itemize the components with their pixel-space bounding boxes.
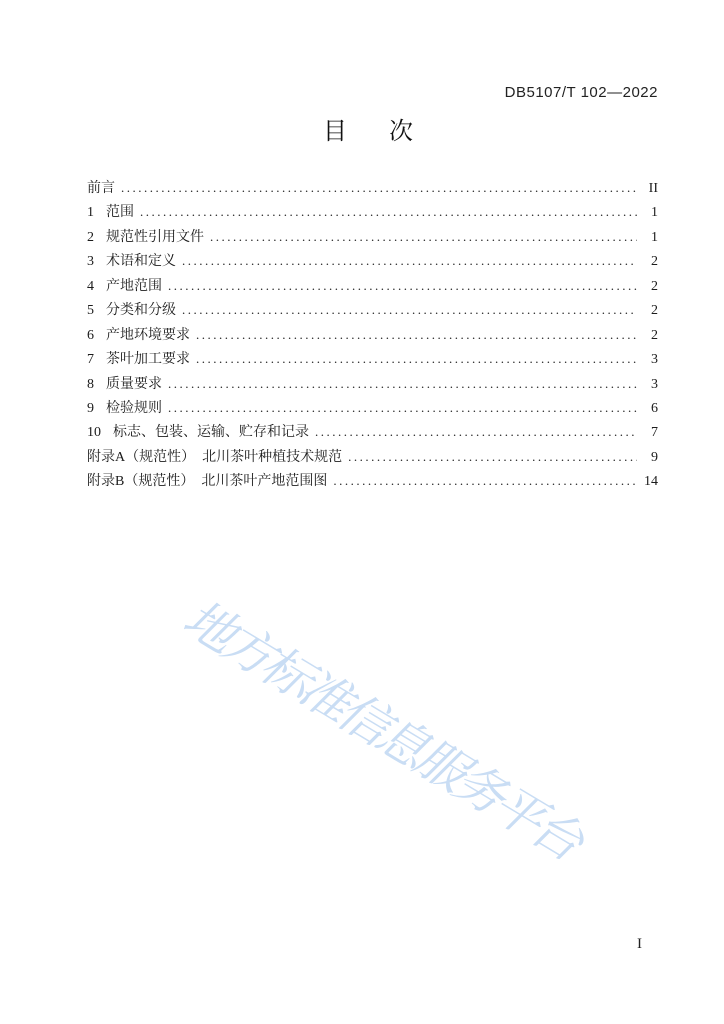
toc-entry-page: 9 (642, 446, 658, 470)
toc-entry-label: 附录A（规范性） 北川茶叶种植技术规范 (87, 446, 342, 470)
toc-entry-number: 5 (87, 299, 94, 323)
standard-code: DB5107/T 102—2022 (505, 84, 658, 101)
toc-entry-label: 检验规则 (106, 397, 162, 421)
toc-entry: 5 分类和分级 2 (87, 298, 658, 322)
toc-leader-dots (168, 372, 637, 396)
toc-leader-dots (333, 469, 637, 493)
toc-entry-page: 2 (642, 275, 658, 299)
toc-entry-label: 附录B（规范性） 北川茶叶产地范围图 (87, 470, 327, 494)
toc-entry-page: 14 (642, 470, 658, 494)
toc-leader-dots (140, 200, 637, 224)
toc-leader-dots (182, 298, 637, 322)
toc-entry-label: 分类和分级 (106, 299, 176, 323)
toc-leader-dots (196, 323, 637, 347)
toc-entry-label: 前言 (87, 177, 115, 201)
toc-entry-label: 规范性引用文件 (106, 226, 204, 250)
toc-entry: 附录A（规范性） 北川茶叶种植技术规范 9 (87, 445, 658, 469)
toc-entry-number: 2 (87, 226, 94, 250)
toc-entry-page: 1 (642, 201, 658, 225)
toc-entry-number: 8 (87, 373, 94, 397)
toc-entry: 9 检验规则 6 (87, 396, 658, 420)
toc-entry: 10 标志、包装、运输、贮存和记录 7 (87, 420, 658, 444)
toc-leader-dots (348, 445, 637, 469)
toc-leader-dots (196, 347, 637, 371)
toc-entry-number: 9 (87, 397, 94, 421)
toc-entry-label: 茶叶加工要求 (106, 348, 190, 372)
toc-entry-number: 6 (87, 324, 94, 348)
toc-leader-dots (121, 176, 637, 200)
toc-entry-page: 2 (642, 250, 658, 274)
toc-entry-page: II (642, 177, 658, 201)
toc-entry-number: 10 (87, 421, 101, 445)
toc-entry: 7 茶叶加工要求 3 (87, 347, 658, 371)
toc-entry-label: 产地范围 (106, 275, 162, 299)
toc-entry-page: 1 (642, 226, 658, 250)
toc-entry-page: 7 (642, 421, 658, 445)
document-page: DB5107/T 102—2022 目 次 前言 II 1 范围 1 2 规范性… (0, 0, 724, 1024)
footer-page-number: I (637, 936, 642, 953)
toc-entry: 6 产地环境要求 2 (87, 323, 658, 347)
toc-entry: 1 范围 1 (87, 200, 658, 224)
toc-leader-dots (168, 274, 637, 298)
toc-entry-label: 产地环境要求 (106, 324, 190, 348)
toc-entry-label: 范围 (106, 201, 134, 225)
toc-entry-label: 术语和定义 (106, 250, 176, 274)
page-title: 目 次 (87, 111, 658, 146)
toc-entry: 附录B（规范性） 北川茶叶产地范围图 14 (87, 469, 658, 493)
toc-entry-page: 6 (642, 397, 658, 421)
toc-entry-page: 3 (642, 348, 658, 372)
toc-entry: 2 规范性引用文件 1 (87, 225, 658, 249)
toc-entry: 前言 II (87, 176, 658, 200)
toc-entry: 3 术语和定义 2 (87, 249, 658, 273)
toc-entry: 4 产地范围 2 (87, 274, 658, 298)
toc-entry-page: 2 (642, 324, 658, 348)
toc-entry-label: 质量要求 (106, 373, 162, 397)
toc-entry-label: 标志、包装、运输、贮存和记录 (113, 421, 309, 445)
toc-leader-dots (210, 225, 637, 249)
toc-entry-page: 2 (642, 299, 658, 323)
toc-list: 前言 II 1 范围 1 2 规范性引用文件 1 3 术语和定义 2 4 产地范… (87, 176, 658, 494)
toc-entry-page: 3 (642, 373, 658, 397)
toc-leader-dots (182, 249, 637, 273)
toc-leader-dots (315, 420, 637, 444)
toc-entry: 8 质量要求 3 (87, 372, 658, 396)
toc-entry-number: 1 (87, 201, 94, 225)
toc-entry-number: 3 (87, 250, 94, 274)
watermark: 地方标准信息服务平台 (144, 563, 623, 890)
toc-leader-dots (168, 396, 637, 420)
toc-entry-number: 4 (87, 275, 94, 299)
toc-entry-number: 7 (87, 348, 94, 372)
